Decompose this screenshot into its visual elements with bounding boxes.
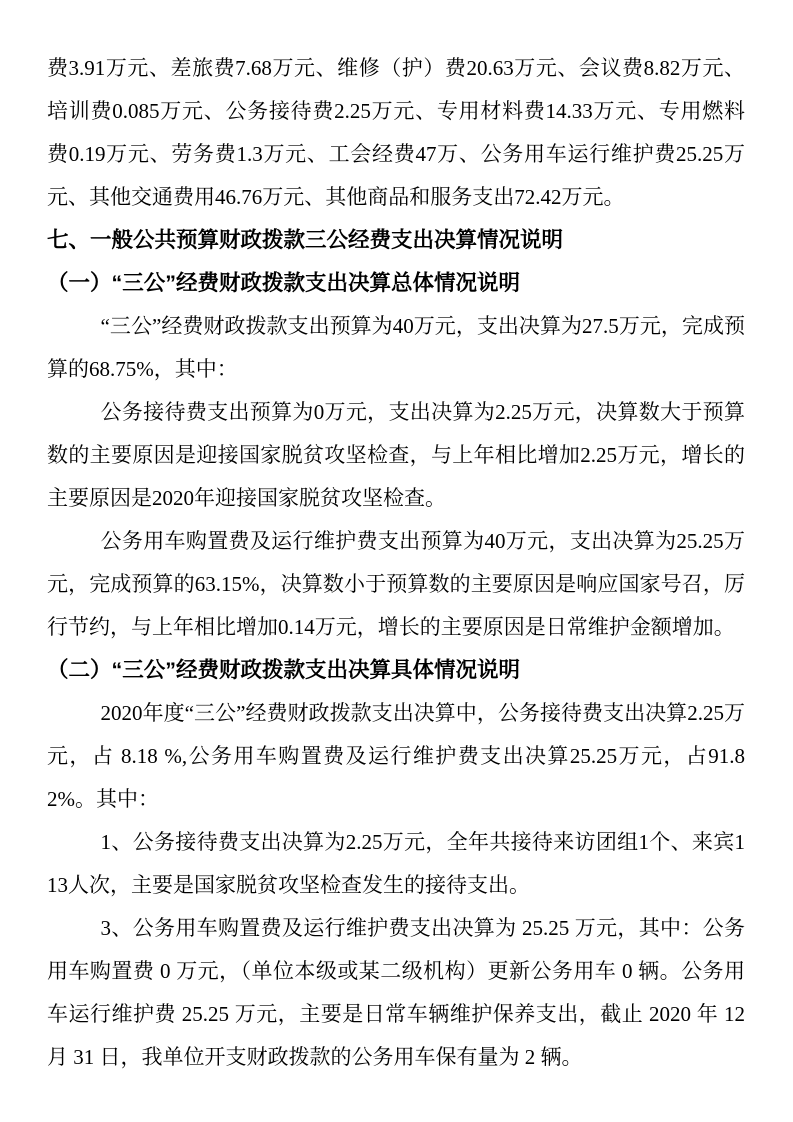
subsection-1-heading: （一）“三公”经费财政拨款支出决算总体情况说明 (47, 262, 745, 305)
paragraph-2020-sangong-detail: 2020年度“三公”经费财政拨款支出决算中，公务接待费支出决算2.25万元，占 … (47, 692, 745, 821)
subsection-2-heading: （二）“三公”经费财政拨款支出决算具体情况说明 (47, 649, 745, 692)
paragraph-official-reception-expense: 公务接待费支出预算为0万元，支出决算为2.25万元，决算数大于预算数的主要原因是… (47, 391, 745, 520)
section-7-heading: 七、一般公共预算财政拨款三公经费支出决算情况说明 (47, 219, 745, 262)
paragraph-item-1-reception: 1、公务接待费支出决算为2.25万元，全年共接待来访团组1个、来宾113人次，主… (47, 821, 745, 907)
paragraph-expense-breakdown-continued: 费3.91万元、差旅费7.68万元、维修（护）费20.63万元、会议费8.82万… (47, 47, 745, 219)
paragraph-official-vehicle-expense: 公务用车购置费及运行维护费支出预算为40万元，支出决算为25.25万元，完成预算… (47, 520, 745, 649)
paragraph-item-3-vehicle: 3、公务用车购置费及运行维护费支出决算为 25.25 万元，其中：公务用车购置费… (47, 907, 745, 1079)
document-page: 费3.91万元、差旅费7.68万元、维修（护）费20.63万元、会议费8.82万… (0, 0, 793, 1122)
paragraph-sangong-overall-budget: “三公”经费财政拨款支出预算为40万元，支出决算为27.5万元，完成预算的68.… (47, 305, 745, 391)
